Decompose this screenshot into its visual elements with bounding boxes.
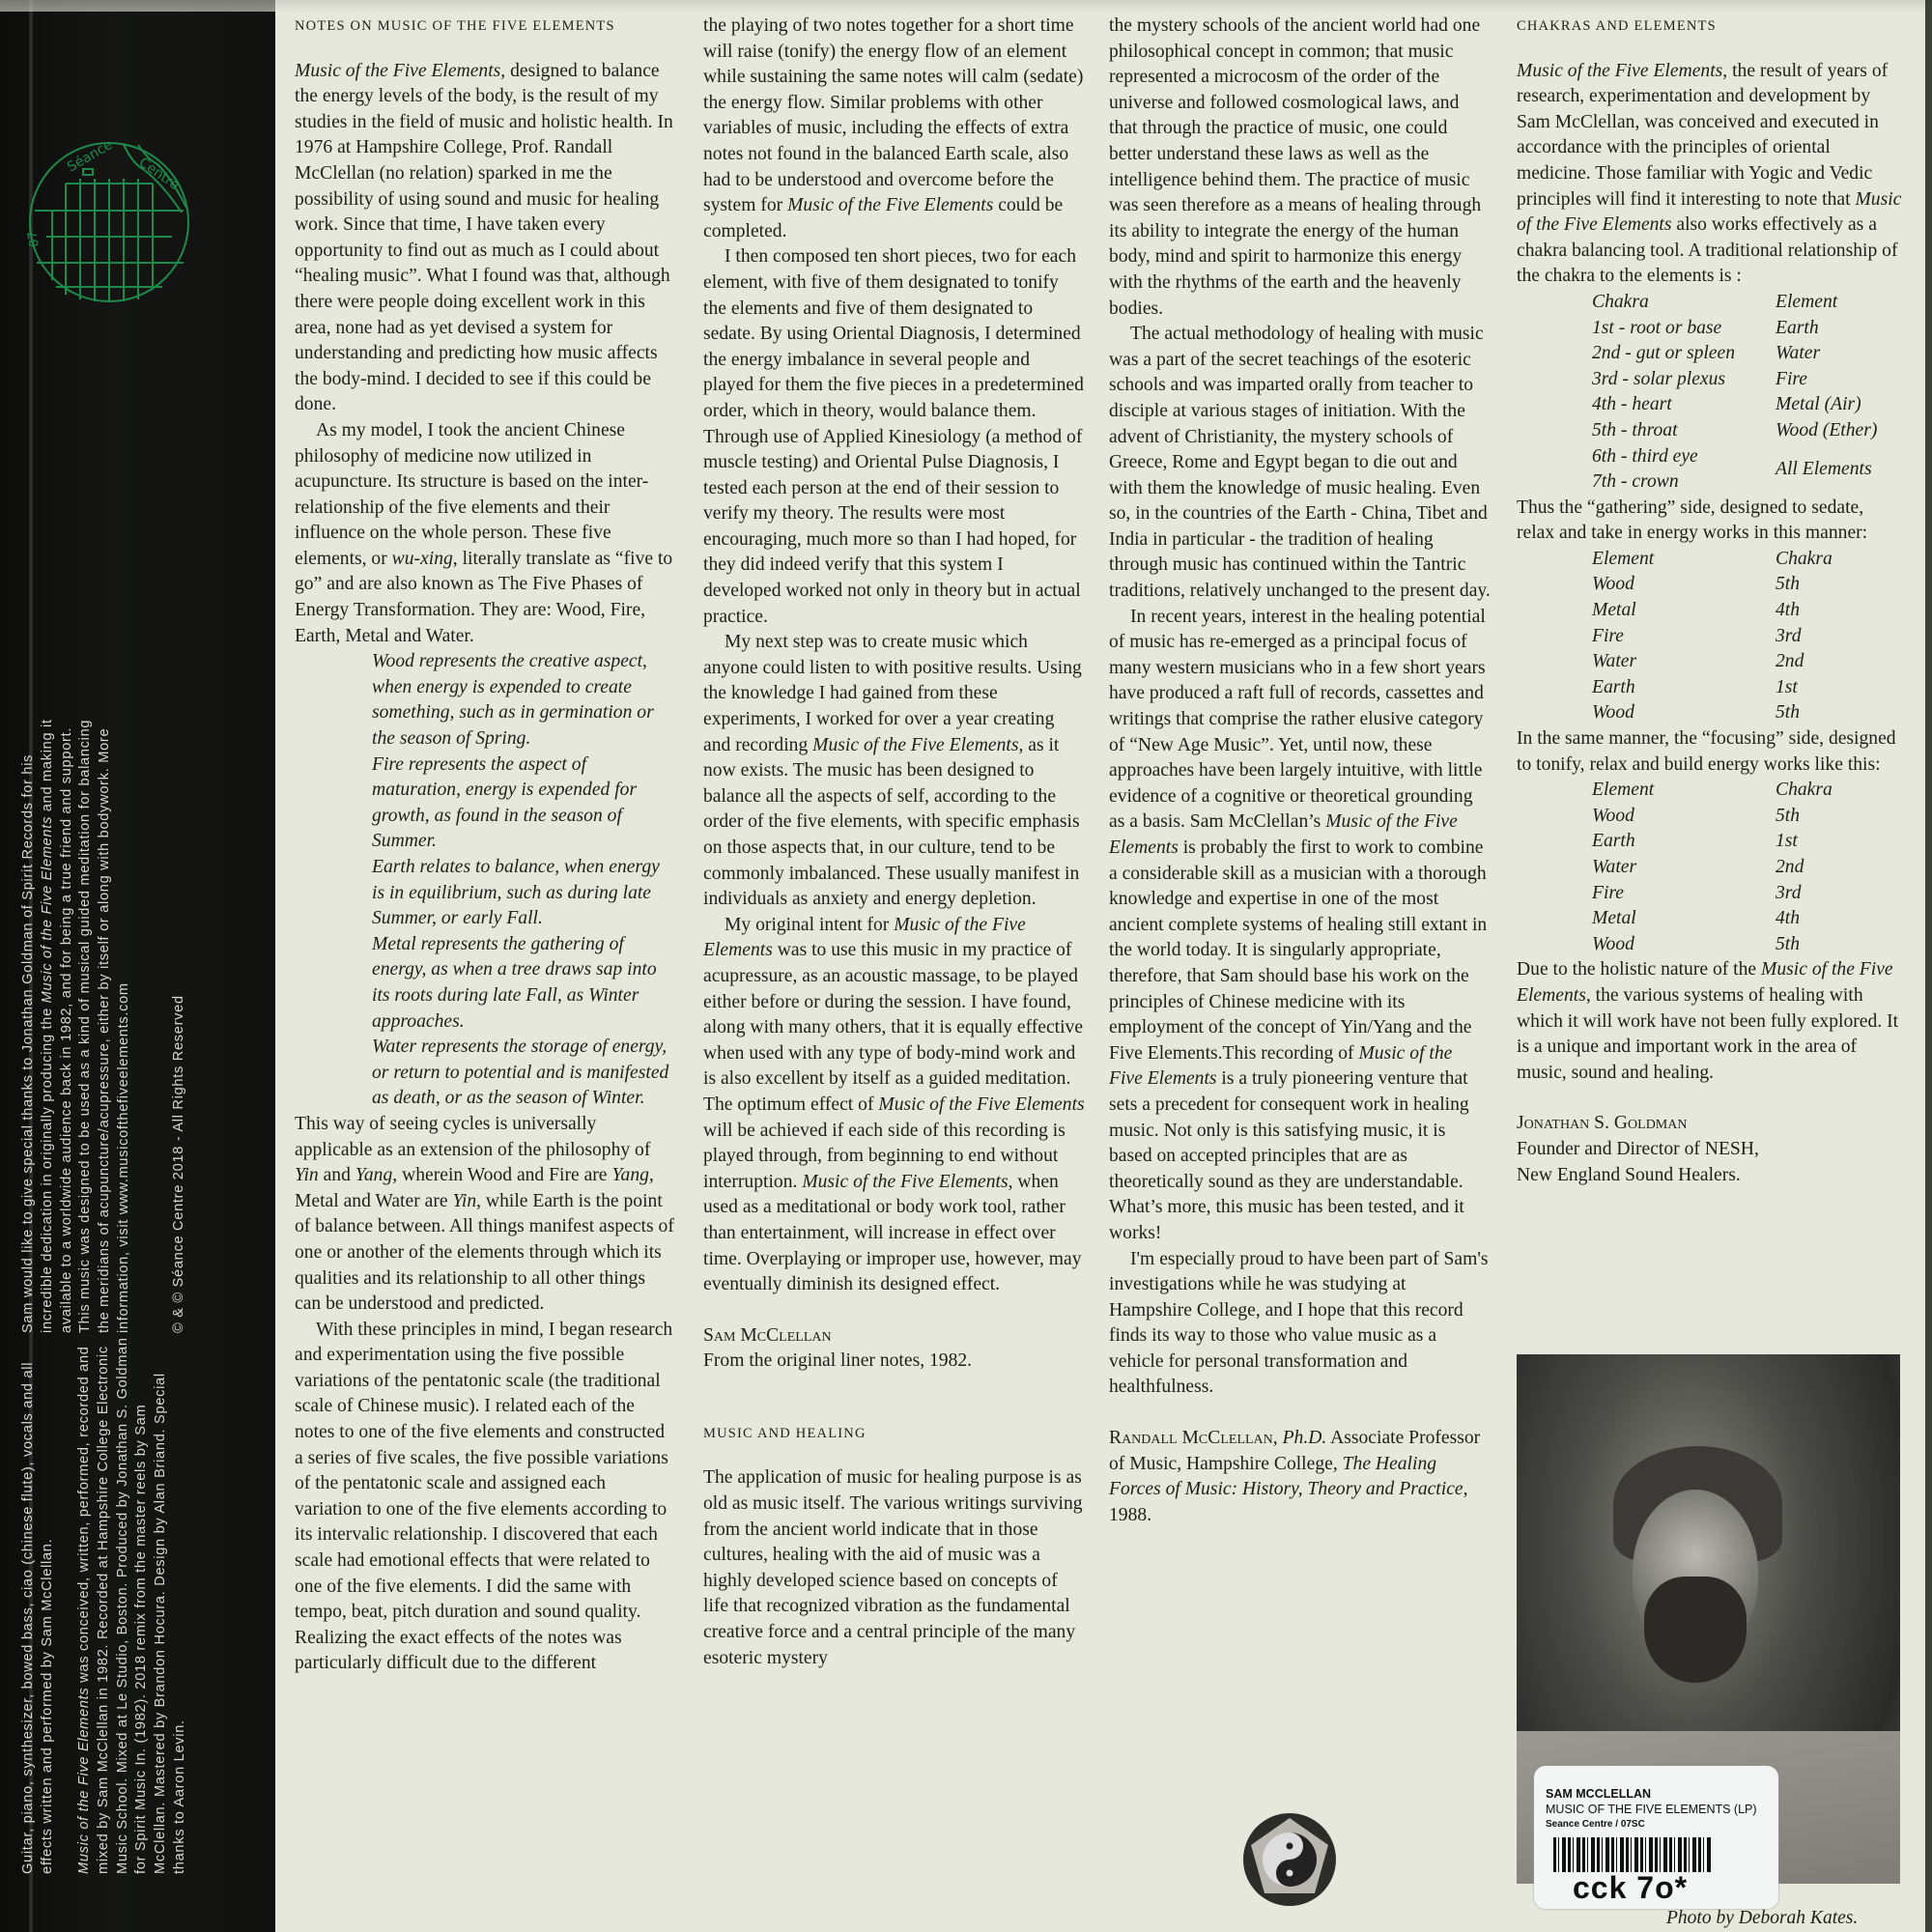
gathering-side-table: ElementChakra Wood5th Metal4th Fire3rd W…	[1592, 547, 1833, 726]
signature-randall: Randall McClellan, Ph.D. Associate Profe…	[1109, 1426, 1491, 1528]
focusing-side-table: ElementChakra Wood5th Earth1st Water2nd …	[1592, 778, 1833, 957]
paragraph: My original intent for Music of the Five…	[703, 913, 1085, 1298]
credits-thanks: Sam would like to give special thanks to…	[19, 715, 134, 1333]
paragraph: Music of the Five Elements, the result o…	[1517, 59, 1903, 290]
paragraph: I'm especially proud to have been part o…	[1109, 1247, 1491, 1402]
section-heading-notes: Notes on Music of the Five Elements	[295, 14, 676, 40]
sticker-label: Seance Centre / 07SC	[1546, 1819, 1645, 1830]
paragraph: the playing of two notes together for a …	[703, 14, 1085, 244]
spine-credits: Guitar, piano, synthesizer, bowed bass, …	[19, 0, 295, 1932]
paragraph: In recent years, interest in the healing…	[1109, 605, 1491, 1247]
price-sticker: SAM MCCLELLAN MUSIC OF THE FIVE ELEMENTS…	[1534, 1766, 1778, 1909]
credits-copyright: © & © Séance Centre 2018 - All Rights Re…	[170, 715, 189, 1333]
shrinkwrap-shine	[0, 0, 1932, 12]
paragraph: As my model, I took the ancient Chinese …	[295, 418, 676, 649]
paragraph: The application of music for healing pur…	[703, 1465, 1085, 1671]
paragraph: This way of seeing cycles is universally…	[295, 1112, 676, 1318]
column-notes: Notes on Music of the Five Elements Musi…	[295, 14, 676, 1677]
sticker-code: cck 7o*	[1573, 1870, 1688, 1906]
credits-production: Music of the Five Elements was conceived…	[75, 1333, 190, 1874]
sticker-artist: SAM MCCLELLAN	[1546, 1787, 1651, 1801]
signature-note: From the original liner notes, 1982.	[703, 1349, 1085, 1375]
section-heading-chakras: Chakras and Elements	[1517, 14, 1903, 40]
paragraph: Due to the holistic nature of the Music …	[1517, 957, 1903, 1086]
column-notes-continued: the playing of two notes together for a …	[703, 14, 1085, 1671]
yin-yang-five-elements-icon	[1241, 1806, 1338, 1913]
section-heading-healing: Music and Healing	[703, 1421, 1085, 1447]
credits-instruments: Guitar, piano, synthesizer, bowed bass, …	[19, 1333, 58, 1874]
sleeve-edge	[1925, 0, 1932, 1932]
spine-panel: Séance Centre 07 Guitar, piano, synthesi…	[0, 0, 275, 1932]
paragraph: I then composed ten short pieces, two fo…	[703, 244, 1085, 630]
photo-caption: Photo by Deborah Kates.	[1666, 1908, 1858, 1929]
paragraph: the mystery schools of the ancient world…	[1109, 14, 1491, 322]
signature-name: Sam McClellan	[703, 1323, 1085, 1350]
paragraph: In the same manner, the “focusing” side,…	[1517, 726, 1903, 778]
sticker-title: MUSIC OF THE FIVE ELEMENTS (LP)	[1546, 1803, 1757, 1816]
paragraph: My next step was to create music which a…	[703, 630, 1085, 913]
paragraph: The actual methodology of healing with m…	[1109, 322, 1491, 605]
signature-goldman: Jonathan S. Goldman	[1517, 1111, 1903, 1137]
paragraph: Thus the “gathering” side, designed to s…	[1517, 496, 1903, 547]
paragraph: Music of the Five Elements, designed to …	[295, 59, 676, 418]
column-music-healing: the mystery schools of the ancient world…	[1109, 14, 1491, 1528]
chakra-element-table: ChakraElement 1st - root or baseEarth 2n…	[1592, 290, 1877, 496]
column-chakras: Chakras and Elements Music of the Five E…	[1517, 14, 1903, 1188]
elements-quote: Wood represents the creative aspect, whe…	[295, 649, 676, 1112]
paragraph: With these principles in mind, I began r…	[295, 1318, 676, 1677]
barcode-icon	[1553, 1837, 1713, 1872]
